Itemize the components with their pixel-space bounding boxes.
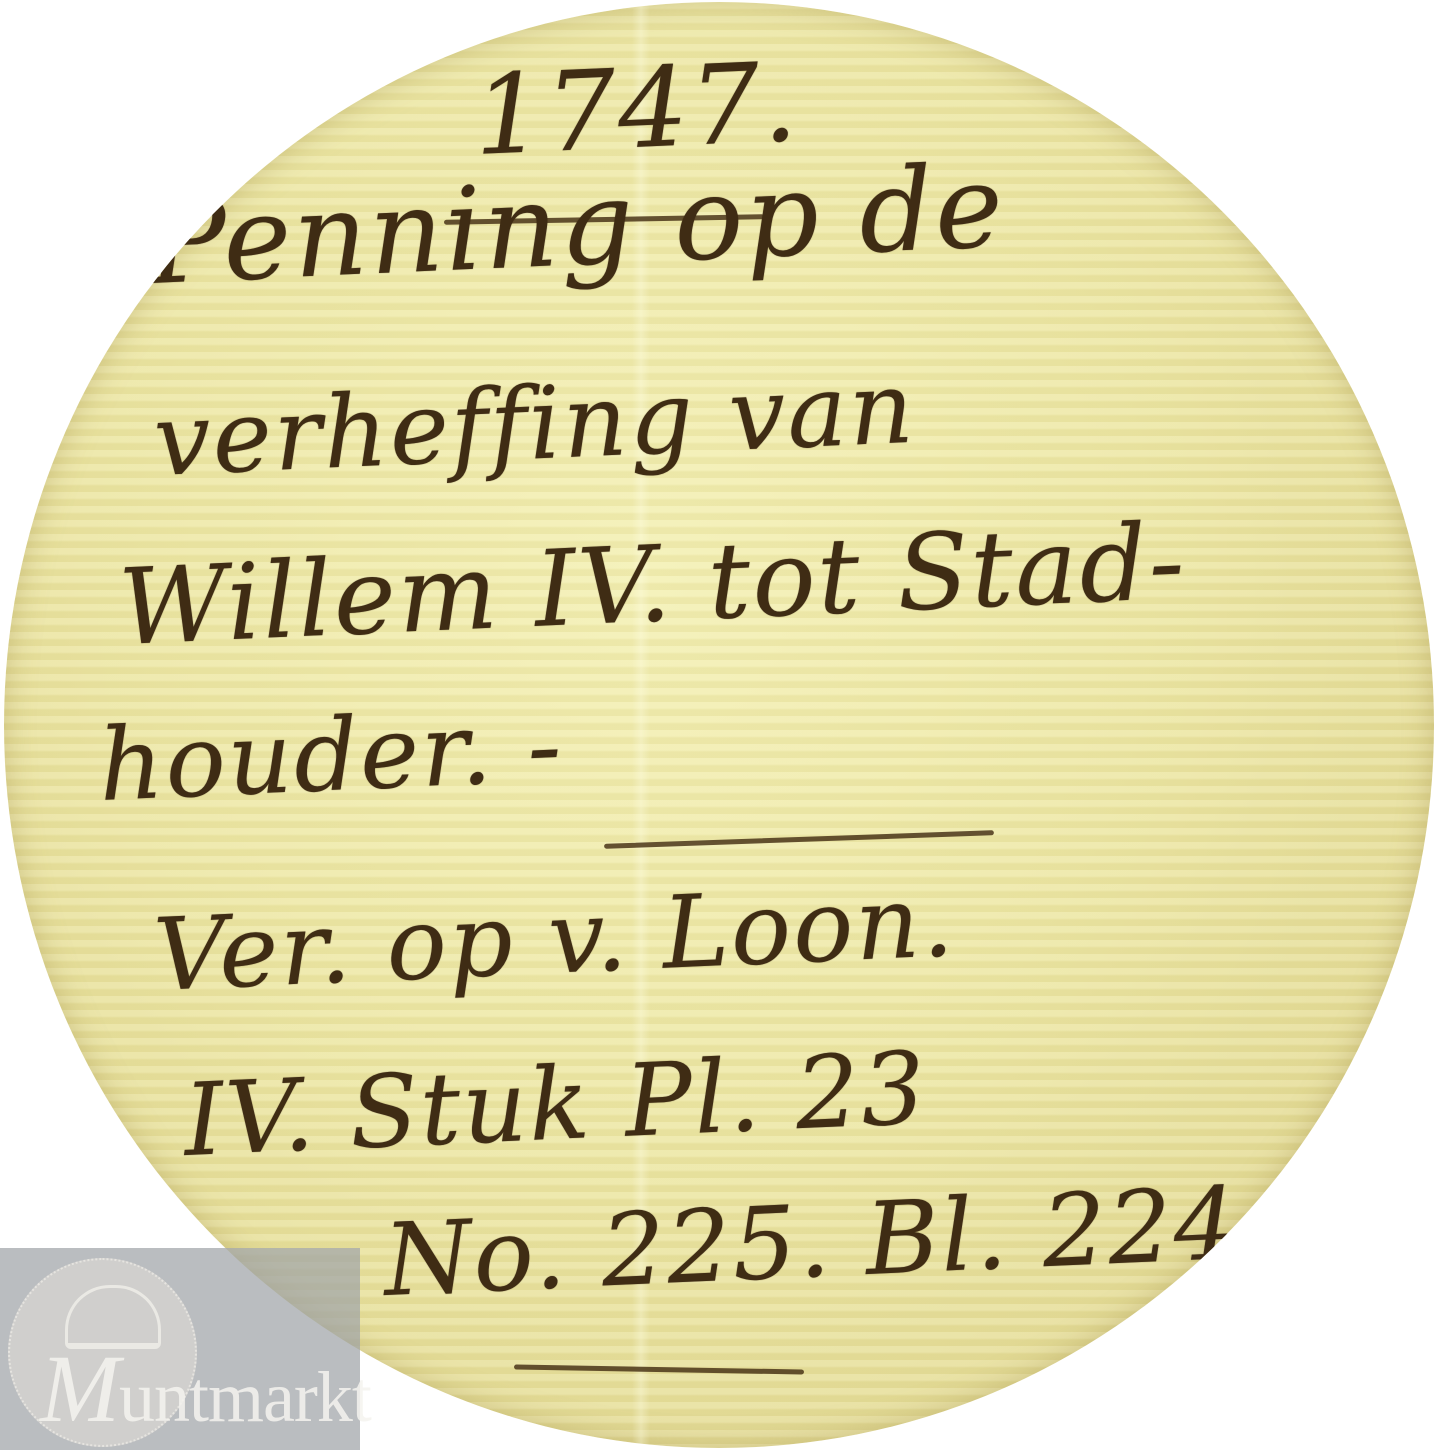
label-line-4: houder. - <box>96 687 565 824</box>
watermark-rest: untmarkt <box>119 1357 371 1437</box>
muntmarkt-watermark: Muntmarkt <box>0 1248 360 1450</box>
label-line-1: Penning op de <box>146 140 1008 311</box>
handwritten-label: 1747. Penning op de verheffing van Wille… <box>4 2 1434 1448</box>
label-line-2: verheffing van <box>151 349 917 499</box>
label-line-6: IV. Stuk Pl. 23 <box>181 1030 929 1179</box>
label-line-5: Ver. op v. Loon. <box>151 862 957 1014</box>
watermark-initial: M <box>40 1335 119 1442</box>
watermark-text: Muntmarkt <box>40 1333 371 1444</box>
separator-rule <box>604 830 994 849</box>
label-line-3: Willem IV. tot Stad- <box>116 500 1188 668</box>
label-line-7: No. 225. Bl. 224 <box>381 1165 1241 1319</box>
bottom-underline <box>514 1364 804 1374</box>
